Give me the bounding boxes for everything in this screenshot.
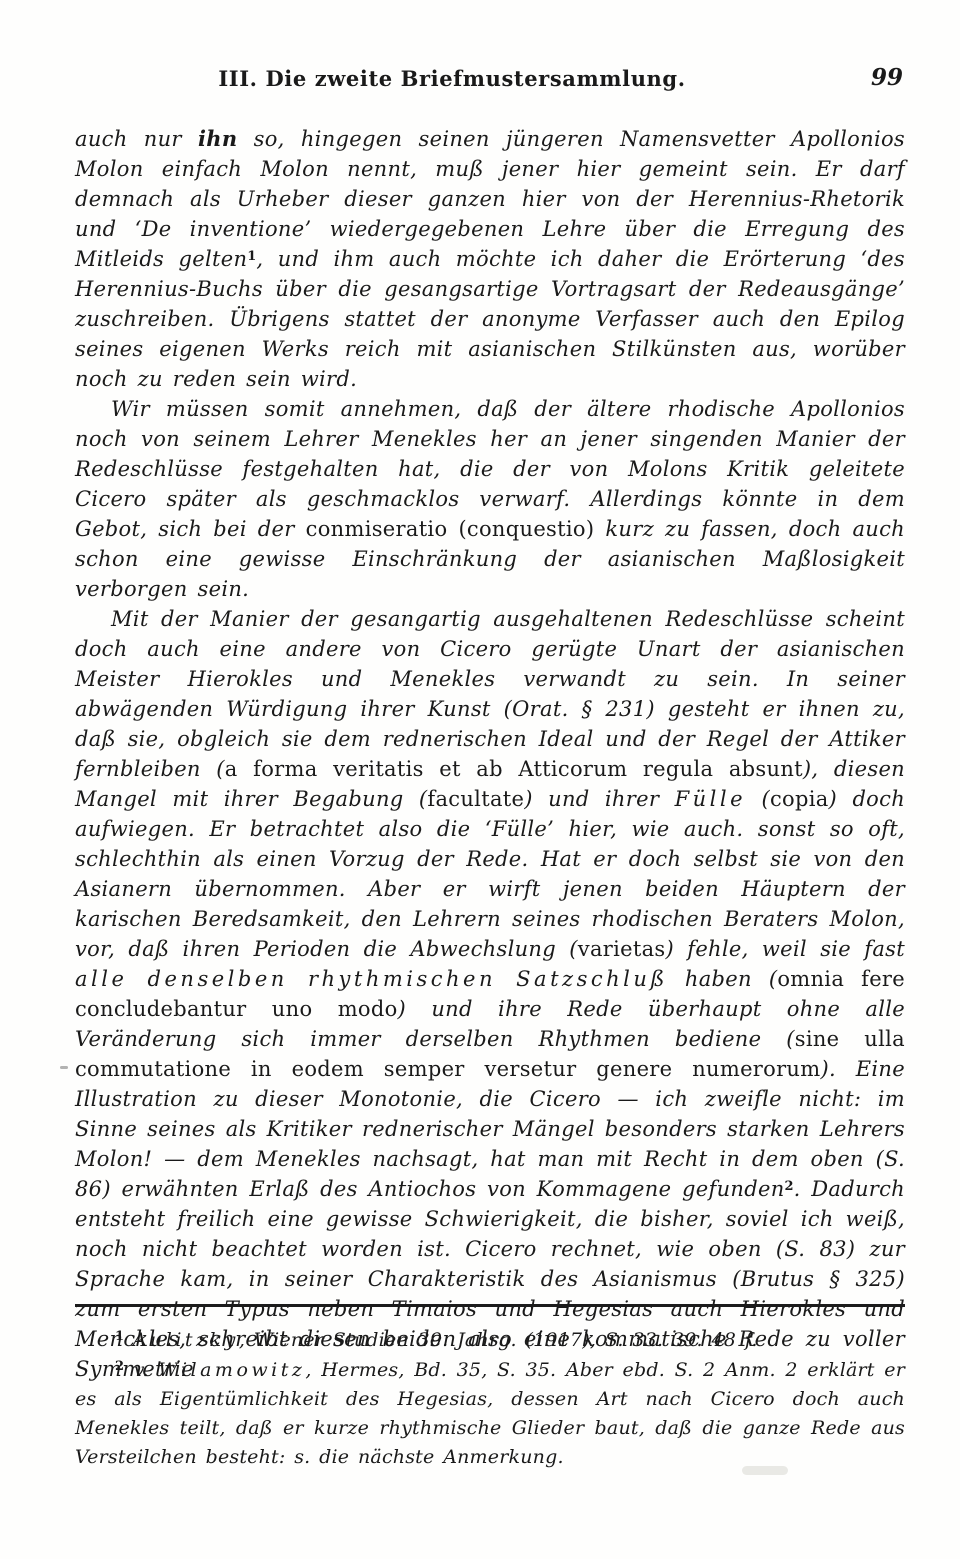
footnote-marker: 1 [115, 1329, 124, 1344]
text-segment: ) und ihrer [524, 787, 674, 811]
text-segment: conmiseratio (conquestio) [306, 517, 595, 541]
text-segment: Wilamowitz [158, 1359, 305, 1381]
text-segment: facultate [427, 787, 524, 811]
scan-artifact [60, 1066, 68, 1069]
running-head: III. Die zweite Briefmustersammlung. 99 [75, 66, 905, 96]
text-segment: varietas [578, 937, 666, 961]
paragraph: Mit der Manier der gesangartig ausgehalt… [75, 604, 905, 1384]
footnote: 1 Aulitzky, Wiener Studien 39. Jahrg. (1… [75, 1326, 905, 1355]
text-segment: ) doch aufwiegen. Er betrachtet also die… [75, 787, 905, 961]
paragraph: Wir müssen somit annehmen, daß der älter… [75, 394, 905, 604]
text-segment: auch nur [75, 127, 198, 151]
footnote-marker: 2 [115, 1359, 124, 1374]
text-segment: copia [770, 787, 829, 811]
page-number: 99 [871, 64, 903, 91]
footnote-ref: 1 [247, 249, 256, 264]
text-segment: alle denselben rhythmischen Satzschluß [75, 967, 668, 991]
footnote: 2 v. Wilamowitz, Hermes, Bd. 35, S. 35. … [75, 1356, 905, 1472]
paragraph: auch nur ihn so, hingegen seinen jüngere… [75, 124, 905, 394]
text-segment: Aulitzky [133, 1329, 239, 1351]
text-segment: Mit der Manier der gesangartig ausgehalt… [75, 607, 905, 781]
text-segment: , Wiener Studien 39. Jahrg. (1917), S. 3… [239, 1329, 758, 1351]
chapter-title: III. Die zweite Briefmustersammlung. [37, 66, 867, 91]
text-segment: Fülle [675, 787, 746, 811]
book-page: III. Die zweite Briefmustersammlung. 99 … [0, 0, 960, 1559]
text-segment: ihn [198, 126, 237, 151]
text-segment: haben ( [668, 967, 777, 991]
footnotes: 1 Aulitzky, Wiener Studien 39. Jahrg. (1… [75, 1326, 905, 1472]
body-text: auch nur ihn so, hingegen seinen jüngere… [75, 124, 905, 1384]
scan-artifact [742, 1466, 788, 1475]
footnote-ref: 2 [785, 1179, 794, 1194]
text-segment: ( [746, 787, 770, 811]
text-segment: a forma veritatis et ab Atticorum regula… [225, 757, 803, 781]
text-segment: ) fehle, weil sie fast [665, 937, 905, 961]
text-segment: v. [134, 1359, 159, 1381]
footnote-separator-rule [75, 1304, 905, 1307]
